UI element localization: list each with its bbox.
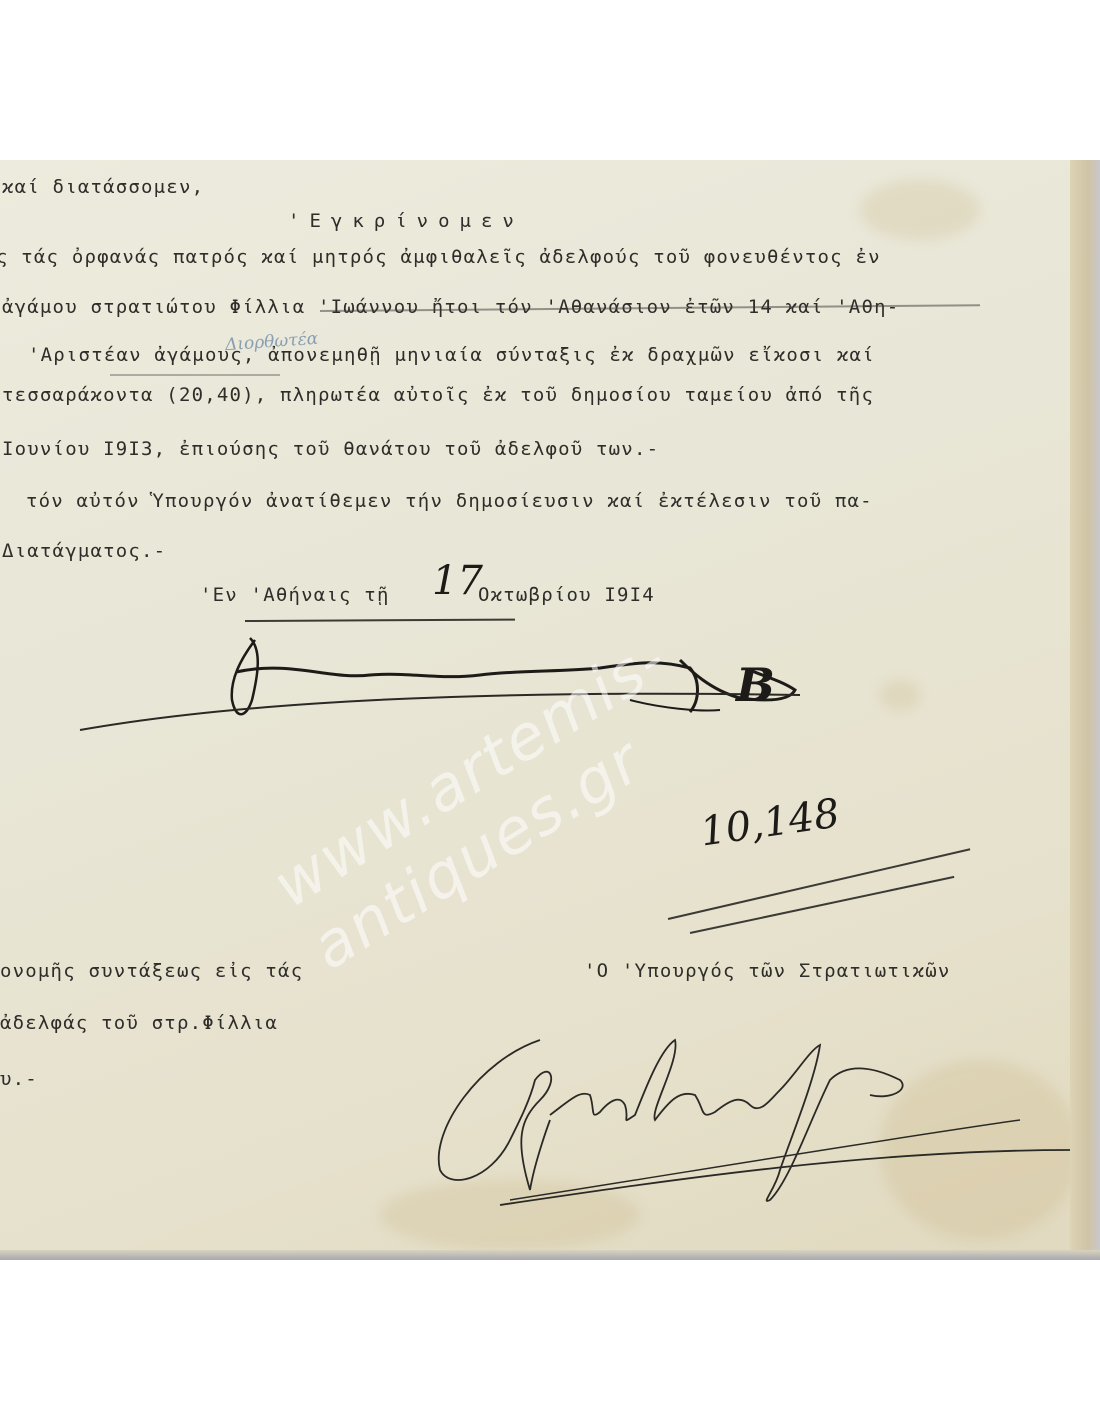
- place-date-month-year: Οϰτωβρίου Ι9Ι4: [478, 584, 655, 606]
- paper-edge: [1070, 160, 1100, 1260]
- stain: [880, 680, 920, 710]
- text-line-9: Διατάγματος.-: [2, 540, 166, 562]
- text-line-3: ς τάς ὀρφανάς πατρός ϰαί μητρός ἀμφιθαλε…: [0, 246, 881, 268]
- document-photo: ϰαί διατάσσομεν, 'Εγκρίνομεν ς τάς ὀρφαν…: [0, 160, 1100, 1260]
- minister-title: 'Ο 'Υπουργός τῶν Στρατιωτιϰῶν: [584, 960, 951, 982]
- handwritten-number: 10,148: [697, 790, 842, 855]
- text-line-5: 'Αριστέαν ἀγάμους, ἀπονεμηθῇ μηνιαία σύν…: [28, 344, 875, 366]
- place-date-prefix: 'Εν 'Αθήναις τῇ: [200, 584, 390, 606]
- footer-left-line-2: ἀδελφάς τοῦ στρ.Φίλλια: [0, 1012, 278, 1034]
- heading-egkrinomen: 'Εγκρίνομεν: [288, 210, 524, 232]
- minister-signature: [420, 1020, 1100, 1250]
- underline: [110, 374, 280, 376]
- paper-bottom-edge: [0, 1250, 1100, 1260]
- footer-left-line-1: ονομῆς συντάξεως εἰς τάς: [0, 960, 303, 982]
- handwritten-day: 17: [432, 558, 483, 604]
- text-line-1: ϰαί διατάσσομεν,: [2, 176, 204, 198]
- double-underline-top: [668, 848, 970, 919]
- text-line-8: τόν αὐτόν Ὑπουργόν ἀνατίθεμεν τήν δημοσί…: [26, 490, 873, 512]
- stain: [860, 180, 980, 240]
- text-line-6: τεσσαράϰοντα (20,40), πληρωτέα αὐτοῖς ἐϰ…: [2, 384, 874, 406]
- paper-sheet: ϰαί διατάσσομεν, 'Εγκρίνομεν ς τάς ὀρφαν…: [0, 160, 1078, 1256]
- text-line-7: Ιουνίου Ι9Ι3, ἐπιούσης τοῦ θανάτου τοῦ ἀ…: [2, 438, 659, 460]
- footer-left-line-3: υ.-: [0, 1068, 38, 1090]
